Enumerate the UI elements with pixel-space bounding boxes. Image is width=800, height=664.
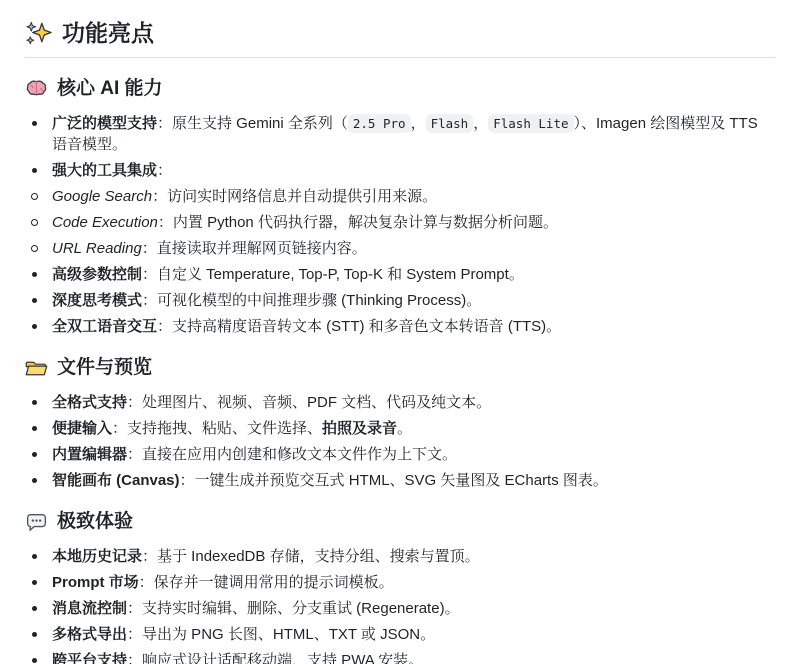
list-item: 多格式导出：导出为 PNG 长图、HTML、TXT 或 JSON。 [25,624,775,645]
section-title-text: 核心 AI 能力 [57,77,163,101]
text-segment: 本地历史记录 [52,548,142,565]
text-segment: Code Execution [52,214,158,231]
text-segment: ， [411,115,426,132]
list-item: Google Search：访问实时网络信息并自动提供引用来源。 [25,186,775,207]
page-title: 功能亮点 [25,18,775,58]
list-item: Code Execution：内置 Python 代码执行器，解决复杂计算与数据… [25,212,775,233]
text-segment: ： [157,162,172,179]
list-item: 广泛的模型支持：原生支持 Gemini 全系列（2.5 Pro，Flash，Fl… [25,113,775,155]
text-segment: Prompt 市场 [52,574,139,591]
text-segment: ：内置 Python 代码执行器，解决复杂计算与数据分析问题。 [158,214,558,231]
page-title-text: 功能亮点 [62,18,154,48]
text-segment: ：保存并一键调用常用的提示词模板。 [139,574,394,591]
list-item: 全双工语音交互：支持高精度语音转文本 (STT) 和多音色文本转语音 (TTS)… [25,316,775,337]
brain-icon [25,78,48,101]
folder-icon [25,357,48,380]
text-segment: ：一键生成并预览交互式 HTML、SVG 矢量图及 ECharts 图表。 [180,472,608,489]
list-item: Prompt 市场：保存并一键调用常用的提示词模板。 [25,572,775,593]
text-segment: ：支持拖拽、粘贴、文件选择、 [112,420,322,437]
feature-list-files-preview: 全格式支持：处理图片、视频、音频、PDF 文档、代码及纯文本。便捷输入：支持拖拽… [25,392,775,491]
text-segment: 拍照及录音 [322,420,397,437]
list-item: 全格式支持：处理图片、视频、音频、PDF 文档、代码及纯文本。 [25,392,775,413]
list-item: 高级参数控制：自定义 Temperature, Top-P, Top-K 和 S… [25,264,775,285]
list-item: 内置编辑器：直接在应用内创建和修改文本文件作为上下文。 [25,444,775,465]
text-segment: 深度思考模式 [52,292,142,309]
section-heading-files-preview: 文件与预览 [25,356,775,380]
text-segment: ：可视化模型的中间推理步骤 (Thinking Process)。 [142,292,481,309]
text-segment: ：导出为 PNG 长图、HTML、TXT 或 JSON。 [127,626,435,643]
text-segment: Google Search [52,188,152,205]
list-item: 便捷输入：支持拖拽、粘贴、文件选择、拍照及录音。 [25,418,775,439]
text-segment: 全格式支持 [52,394,127,411]
text-segment: ：原生支持 Gemini 全系列（ [157,115,348,132]
code-chip: Flash [426,114,474,133]
text-segment: 便捷输入 [52,420,112,437]
document: 功能亮点 核心 AI 能力 广泛的模型支持：原生支持 Gemini 全系列（2.… [0,0,800,664]
text-segment: 。 [397,420,412,437]
section-heading-experience: 极致体验 [25,510,775,534]
text-segment: ：直接在应用内创建和修改文本文件作为上下文。 [127,446,457,463]
feature-list-experience: 本地历史记录：基于 IndexedDB 存储，支持分组、搜索与置顶。Prompt… [25,546,775,664]
text-segment: 内置编辑器 [52,446,127,463]
text-segment: 消息流控制 [52,600,127,617]
text-segment: ：支持高精度语音转文本 (STT) 和多音色文本转语音 (TTS)。 [157,318,561,335]
list-item: 本地历史记录：基于 IndexedDB 存储，支持分组、搜索与置顶。 [25,546,775,567]
text-segment: 全双工语音交互 [52,318,157,335]
text-segment: ：处理图片、视频、音频、PDF 文档、代码及纯文本。 [127,394,491,411]
list-item: 强大的工具集成： [25,160,775,181]
text-segment: ：直接读取并理解网页链接内容。 [142,240,367,257]
list-item: 深度思考模式：可视化模型的中间推理步骤 (Thinking Process)。 [25,290,775,311]
text-segment: 强大的工具集成 [52,162,157,179]
feature-list-core-ai: 广泛的模型支持：原生支持 Gemini 全系列（2.5 Pro，Flash，Fl… [25,113,775,337]
text-segment: ， [473,115,488,132]
list-item: 消息流控制：支持实时编辑、删除、分支重试 (Regenerate)。 [25,598,775,619]
text-segment: 广泛的模型支持 [52,115,157,132]
text-segment: 智能画布 (Canvas) [52,472,180,489]
text-segment: URL Reading [52,240,142,257]
list-item: 智能画布 (Canvas)：一键生成并预览交互式 HTML、SVG 矢量图及 E… [25,470,775,491]
text-segment: ：自定义 Temperature, Top-P, Top-K 和 System … [142,266,524,283]
code-chip: Flash Lite [488,114,573,133]
text-segment: 跨平台支持 [52,652,127,664]
section-heading-core-ai: 核心 AI 能力 [25,77,775,101]
text-segment: ：响应式设计适配移动端，支持 PWA 安装。 [127,652,423,664]
section-title-text: 极致体验 [57,510,133,534]
text-segment: ：支持实时编辑、删除、分支重试 (Regenerate)。 [127,600,460,617]
text-segment: ：基于 IndexedDB 存储，支持分组、搜索与置顶。 [142,548,480,565]
sparkles-icon [25,20,52,47]
speech-balloon-icon [25,511,48,534]
text-segment: ：访问实时网络信息并自动提供引用来源。 [152,188,437,205]
text-segment: 多格式导出 [52,626,127,643]
list-item: URL Reading：直接读取并理解网页链接内容。 [25,238,775,259]
text-segment: 高级参数控制 [52,266,142,283]
list-item: 跨平台支持：响应式设计适配移动端，支持 PWA 安装。 [25,650,775,664]
section-title-text: 文件与预览 [57,356,152,380]
code-chip: 2.5 Pro [348,114,411,133]
